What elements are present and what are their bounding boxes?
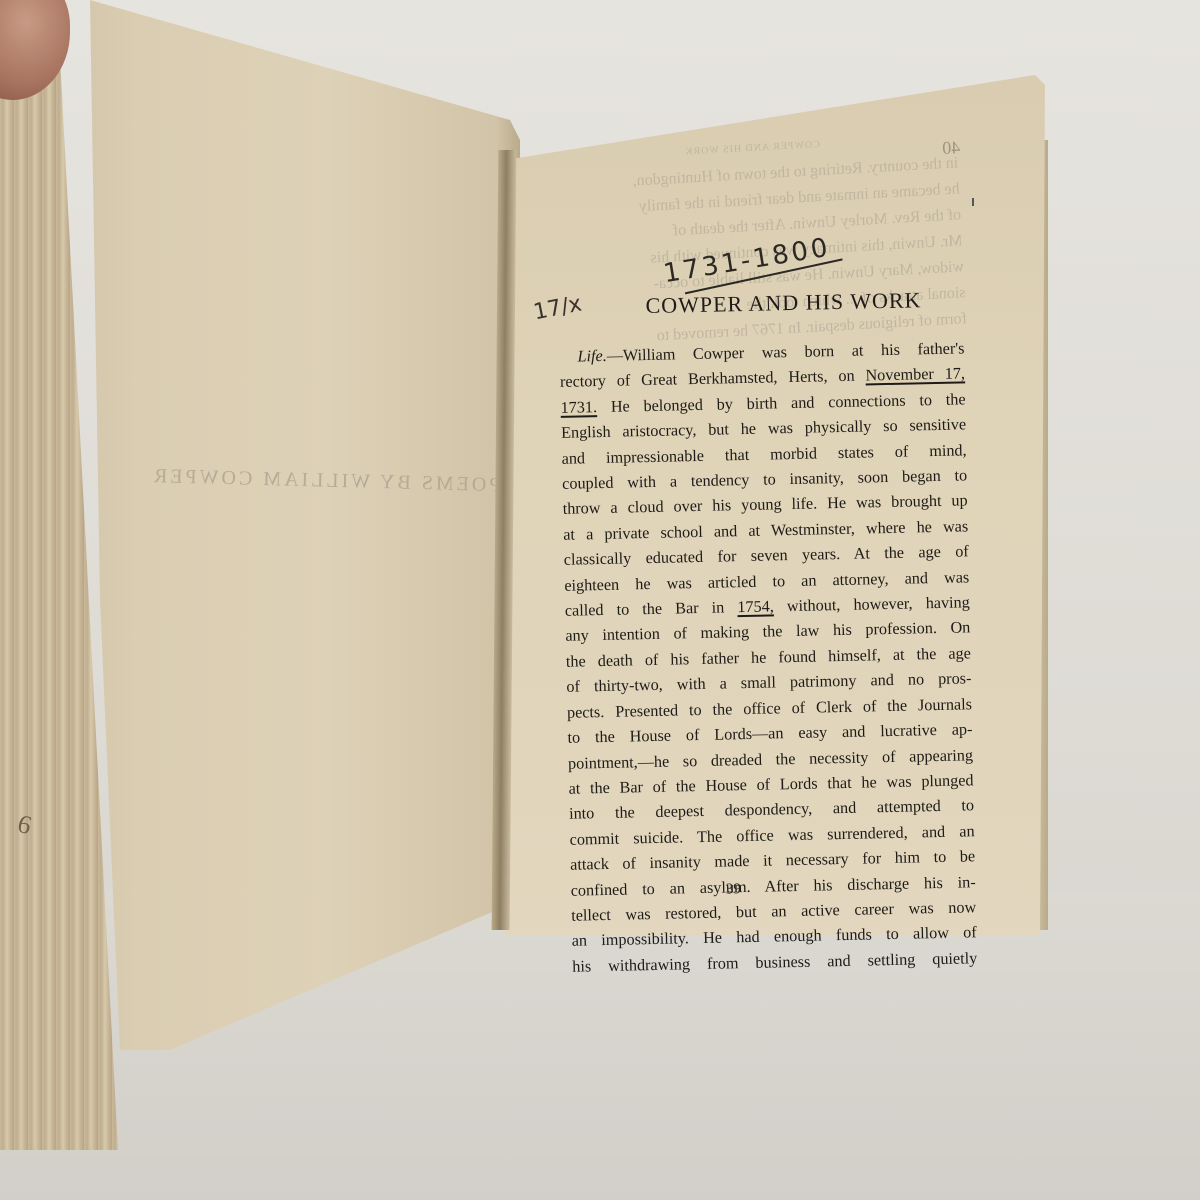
body-text: Life.—William Cowper was born at his fat… — [559, 336, 977, 979]
underlined-year-1754: 1754, — [737, 597, 774, 616]
page-number: 39 — [726, 881, 741, 898]
book-photo-scene: POEMS BY WILLIAM COWPER 6 COWPER AND HIS… — [0, 0, 1200, 1200]
underlined-year: 1731. — [560, 398, 597, 417]
show-through-page-number: 40 — [942, 137, 960, 158]
life-label: Life. — [577, 347, 607, 366]
text-line-rest: —William Cowper was born at his father's — [607, 339, 965, 364]
left-page-show-through-text: POEMS BY WILLIAM COWPER — [179, 466, 500, 534]
right-page-text: COWPER AND HIS WORK in the country. Reti… — [550, 131, 986, 920]
pencil-tick-mark — [972, 198, 974, 206]
show-through-page-40: COWPER AND HIS WORK in the country. Reti… — [547, 124, 968, 355]
underlined-date: November 17, — [865, 365, 965, 385]
